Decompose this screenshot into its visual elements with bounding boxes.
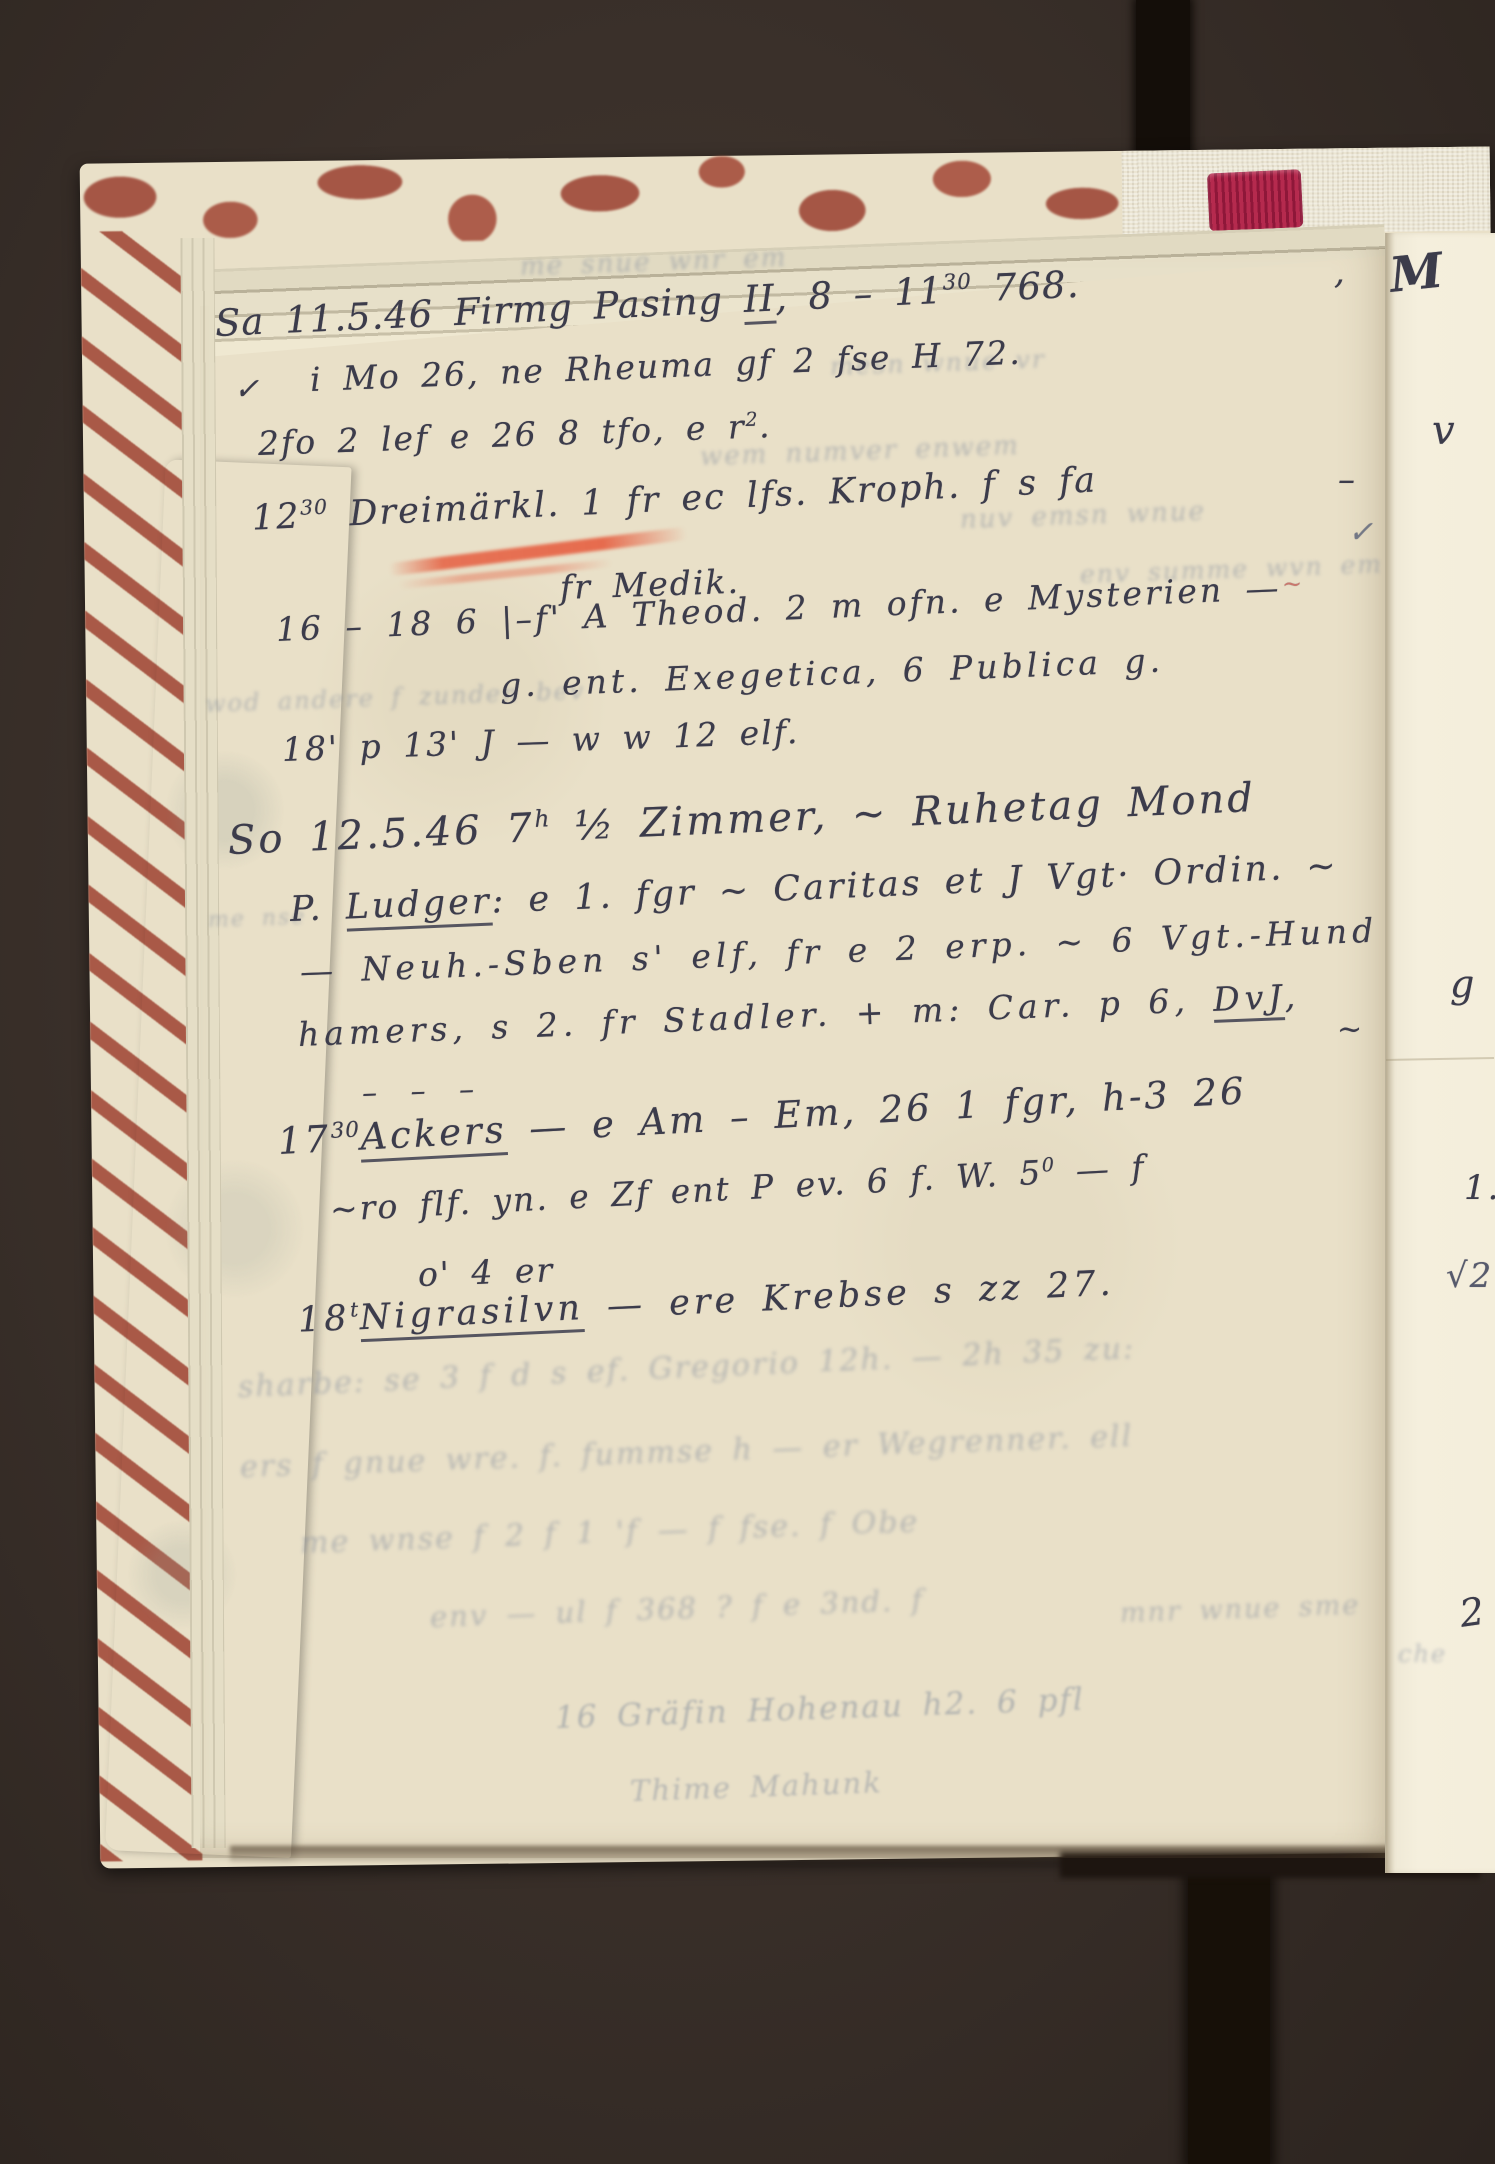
seg: ,: [1284, 977, 1301, 1017]
seg: — f: [1054, 1147, 1146, 1191]
next-page-fragment-m: M: [1387, 242, 1448, 303]
margin-faint-check: ✓: [1348, 515, 1375, 550]
margin-checkmark: ✓: [234, 372, 261, 407]
entry-so-line-8: o' 4 er: [417, 1250, 554, 1294]
next-page-fragment-g: g –: [1450, 962, 1495, 1006]
seg: P.: [289, 888, 346, 930]
next-page-fragment-root2: √2: [1446, 1256, 1493, 1296]
seg: 12: [251, 496, 301, 538]
seg-underlined: Ackers: [359, 1108, 508, 1163]
cover-spine-cloth: [1122, 146, 1491, 234]
background-gap-top: [1136, 0, 1190, 164]
seg-superscript: 2: [745, 408, 759, 431]
entry-so-dashes: – – –: [361, 1072, 482, 1111]
seg-underlined: Ludger: [345, 882, 493, 932]
seg: 17: [277, 1117, 332, 1163]
margin-dash-mark: –: [1338, 460, 1357, 500]
seg: 7: [482, 805, 536, 853]
margin-tilde-mark: ~: [1337, 1012, 1364, 1047]
seg-superscript: 30: [330, 1117, 361, 1143]
seg: .: [758, 406, 772, 445]
seg-underlined: II: [743, 277, 776, 325]
seg-superscript: h: [534, 805, 551, 833]
margin-comma-mark: ,: [1334, 252, 1347, 292]
margin-pink-tilde: ~: [1282, 570, 1304, 598]
seg: 18: [297, 1298, 351, 1340]
seg-superscript: 30: [942, 269, 972, 295]
cover-pattern-top: [80, 151, 1141, 246]
next-page-fragment-one: 1.: [1464, 1168, 1495, 1208]
background-gap-bottom: [1188, 1850, 1270, 2164]
seg: 768.: [971, 263, 1080, 311]
next-page-checkmark: v: [1432, 408, 1457, 454]
seg-underlined: DvJ: [1212, 977, 1285, 1023]
seg: , 8 – 11: [774, 269, 944, 320]
diary-photo: me snue wnr em wem numver enwem nuv emsn…: [0, 0, 1495, 2164]
crimson-headband: [1207, 169, 1304, 231]
seg-superscript: 30: [300, 495, 329, 520]
bleed-through-text: che: [1398, 1640, 1447, 1668]
